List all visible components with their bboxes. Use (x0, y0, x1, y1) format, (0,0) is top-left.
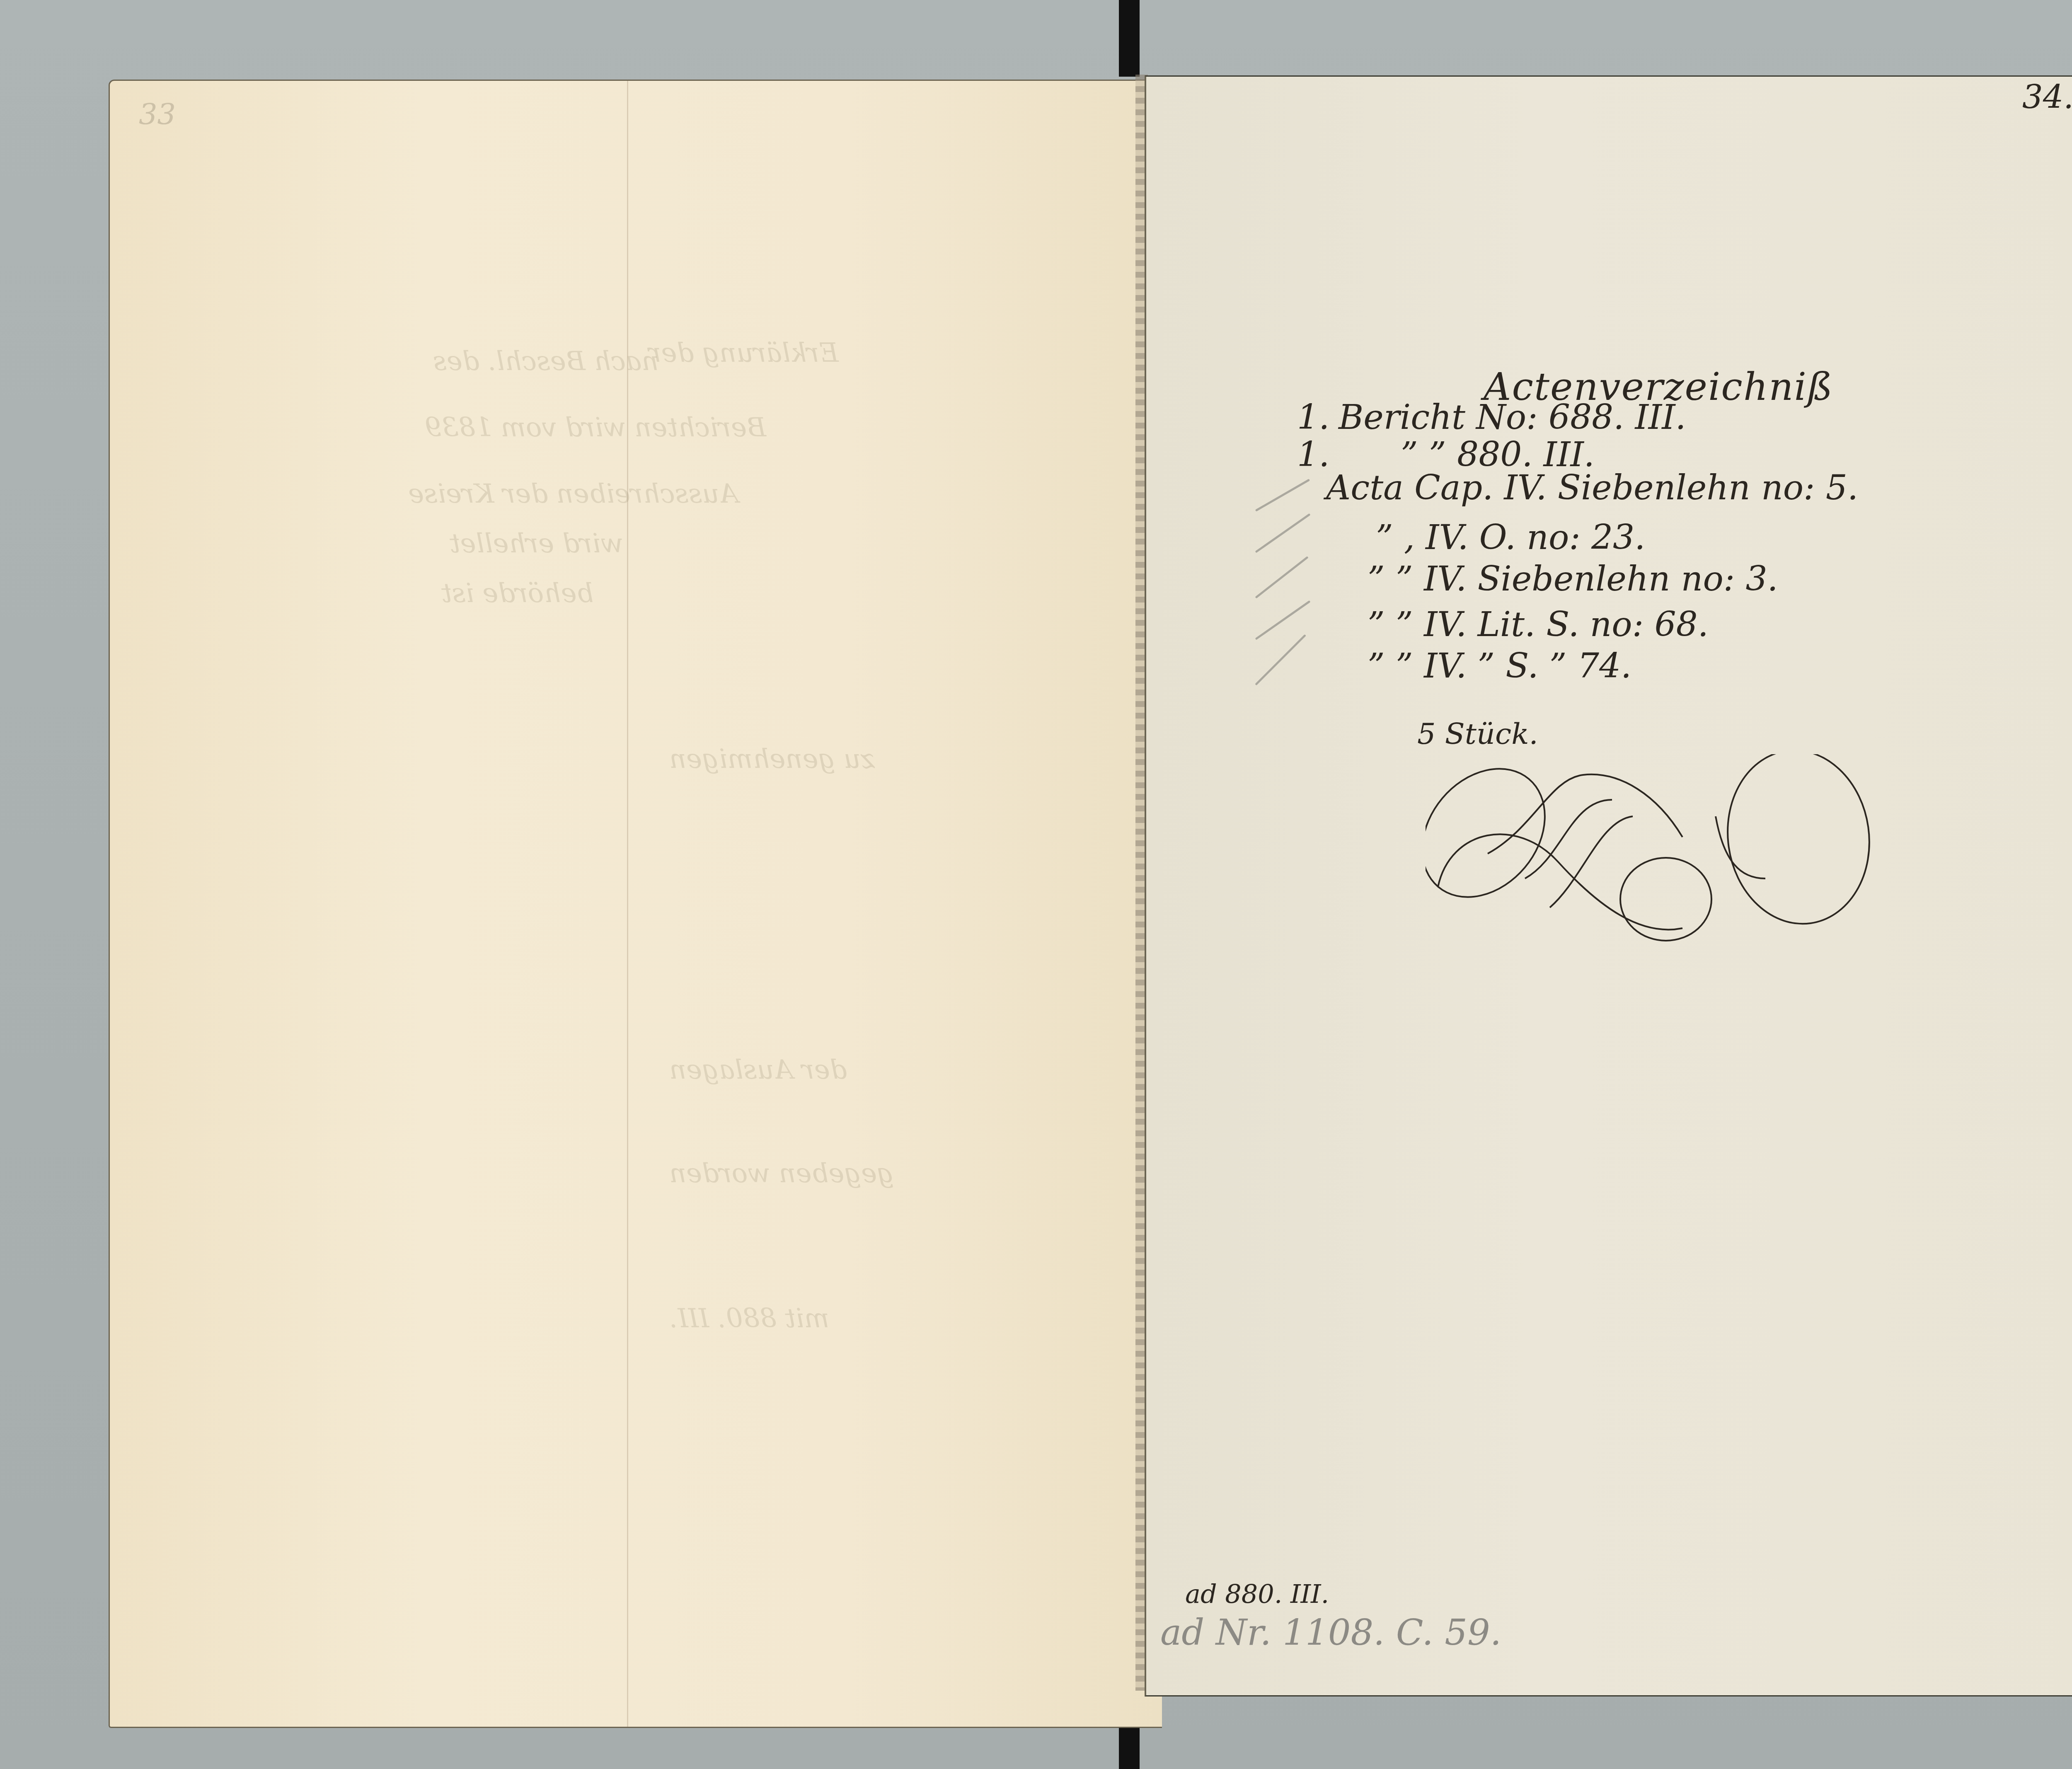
footer-pencil-reference: ad Nr. 1108. C. 59. (1160, 1612, 1501, 1653)
page-fold (627, 81, 628, 1727)
bleed-through-5: behörde ist (441, 578, 593, 609)
spine-top (1119, 0, 1140, 77)
total-count: 5 Stück. (1417, 717, 1538, 751)
entry-4: ” , IV. O. no: 23. (1376, 518, 1645, 557)
entry-1-count: 1. (1297, 398, 1329, 437)
corner-mark: 33 (139, 97, 176, 131)
bleed-through-4: wird erhellet (450, 528, 623, 559)
bleed-through-8: der Auslagen (669, 1055, 847, 1085)
folio-number: 34. (2022, 79, 2072, 116)
bleed-through-1: nach Beschl. des (433, 346, 658, 377)
entry-1: Bericht No: 688. III. (1339, 398, 1686, 437)
entry-3: Acta Cap. IV. Siebenlehn no: 5. (1326, 468, 1858, 508)
bleed-through-6: Erklärung der (649, 338, 839, 368)
entry-6: ” ” IV. Lit. S. no: 68. (1368, 605, 1709, 644)
entry-2-count: 1. (1297, 435, 1329, 474)
entry-5: ” ” IV. Siebenlehn no: 3. (1368, 559, 1778, 599)
bleed-through-9: gegeben worden (669, 1158, 894, 1189)
bleed-through-2: Berichten wird vom 1839 (425, 412, 766, 443)
entry-7: ” ” IV. ” S. ” 74. (1368, 646, 1631, 686)
footer-ink-reference: ad 880. III. (1185, 1579, 1329, 1609)
bleed-through-3: Ausschreiben der Kreise (408, 479, 738, 509)
left-page: 33 nach Beschl. des Berichten wird vom 1… (109, 80, 1162, 1728)
spine-bottom (1119, 1724, 1140, 1769)
signature-flourish-icon (1426, 754, 1944, 945)
bleed-through-7: zu genehmigen (669, 744, 875, 774)
bleed-through-10: mit 880. III. (669, 1303, 829, 1334)
